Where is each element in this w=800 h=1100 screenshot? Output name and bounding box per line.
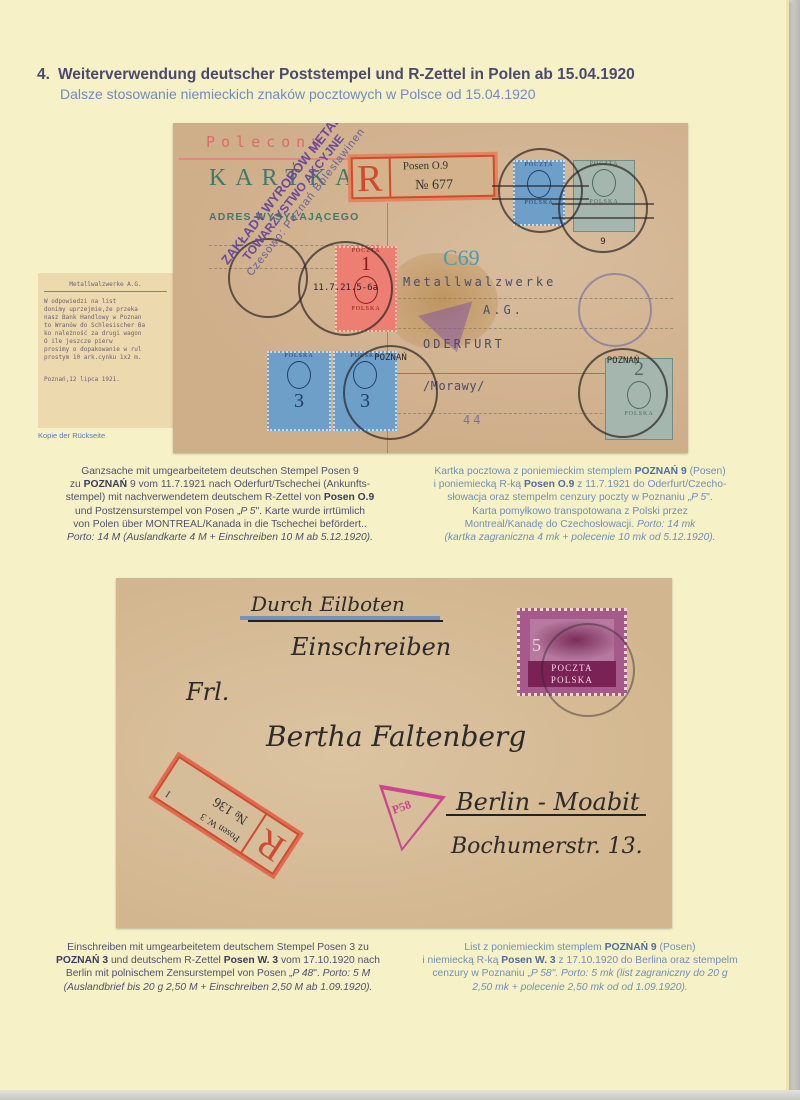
postage-stamp: POLSKA 3 xyxy=(267,351,331,431)
caption-italic: P 5 xyxy=(240,506,255,517)
registration-extra: I xyxy=(164,788,173,799)
cancel-town: POZNAŃ xyxy=(580,356,666,366)
caption-bold: POZNAŃ 3 xyxy=(56,955,108,966)
postcard-backside-copy: Metallwalzwerke A.G. W odpowiedzi na lis… xyxy=(38,273,173,428)
caption-text: und Postzensurstempel von Posen „ xyxy=(75,506,240,517)
caption-postcard-pl: Kartka pocztowa z poniemieckim stemplem … xyxy=(412,465,748,544)
caption-porto: (kartka zagraniczna 4 mk + polecenie 10 … xyxy=(444,532,715,543)
caption-bold: Posen O.9 xyxy=(324,492,374,503)
caption-text: von Polen über MONTREAL/Kanada in die Ts… xyxy=(73,519,366,530)
stamp-value: 5 xyxy=(532,635,541,656)
backside-line: prosimy o dopakowanie w rul xyxy=(44,346,167,354)
caption-text: ". Karte wurde irrtümlich xyxy=(255,506,365,517)
address-line: ODERFURT xyxy=(423,337,505,351)
caption-text: Berlin mit polnischem Zensurstempel von … xyxy=(66,968,293,979)
registration-office: Posen O.9 xyxy=(403,160,448,173)
caption-italic: P 48 xyxy=(292,968,313,979)
backside-line: ko należność za drugi wagon xyxy=(44,330,167,338)
caption-text: z 17.10.1920 do Berlina oraz stempelm xyxy=(556,955,738,966)
postmark-cancel: POZNAŃ xyxy=(343,345,438,440)
backside-line: W odpowiedzi na list xyxy=(44,298,167,306)
eagle-icon xyxy=(287,361,311,389)
postmark-cancel: 11.7.21.5-6a xyxy=(298,241,393,336)
caption-text: List z poniemieckim stemplem xyxy=(464,942,604,953)
section-number: 4. xyxy=(37,66,50,83)
album-page: 4.Weiterverwendung deutscher Poststempel… xyxy=(0,0,789,1093)
salutation-handwriting: Frl. xyxy=(186,678,229,706)
caption-text: i niemiecką R-ką xyxy=(422,955,501,966)
black-strikethrough xyxy=(248,620,443,622)
caption-porto: Porto: 14 mk xyxy=(637,519,695,530)
postcard: Polecony KARTKA ADRES WYSYŁAJĄCEGO C69 M… xyxy=(173,123,688,453)
album-bottom-edge xyxy=(0,1090,800,1100)
recipient-name: Bertha Faltenberg xyxy=(266,720,526,753)
blue-pencil-mark: C69 xyxy=(443,245,480,271)
caption-porto: Porto: 5 M xyxy=(323,968,371,979)
postmark-cancel xyxy=(541,623,635,717)
caption-text: Ganzsache mit umgearbeitetem deutschen S… xyxy=(81,466,359,477)
struck-handwriting: Durch Eilboten xyxy=(251,592,405,616)
caption-text: słowacja oraz stempelm cenzury poczty w … xyxy=(447,492,691,503)
caption-text: Montreal/Kanadę do Czechosłowacji. xyxy=(465,519,637,530)
label-divider xyxy=(389,159,392,197)
backside-caption: Kopie der Rückseite xyxy=(38,431,105,440)
backside-line: donimy uprzejmie,że przeka xyxy=(44,306,167,314)
caption-porto: Porto: 14 M (Auslandkarte 4 M + Einschre… xyxy=(67,532,373,543)
backside-line: prostym 10 ark.cynku 1x2 m. xyxy=(44,354,167,362)
caption-text: und deutschem R-Zettel xyxy=(108,955,224,966)
caption-text: z 11.7.1921 do Oderfurt/Czecho- xyxy=(574,479,726,490)
caption-text: Karta pomyłkowo transpotowana z Polski p… xyxy=(472,506,688,517)
postmark-cancel: 9 xyxy=(558,163,648,253)
backside-line: O ile jeszcze pierw xyxy=(44,338,167,346)
backside-line: nasz Bank Handlowy w Poznan xyxy=(44,314,167,322)
backside-line: to Wranów do Schlesischer Ba xyxy=(44,322,167,330)
registration-label: R Posen O.9 № 677 xyxy=(348,152,499,203)
backside-place-date: Poznań,12 lipca 1921. xyxy=(44,376,167,384)
address-line: Metallwalzwerke xyxy=(403,275,556,289)
postmark-cancel: POZNAŃ xyxy=(578,348,668,438)
caption-text: (Posen) xyxy=(687,466,726,477)
section-heading: 4.Weiterverwendung deutscher Poststempel… xyxy=(37,66,635,102)
caption-envelope-pl: List z poniemieckim stemplem POZNAŃ 9 (P… xyxy=(410,941,750,994)
caption-text: ". xyxy=(706,492,713,503)
caption-text: cenzury w Poznaniu „ xyxy=(432,968,530,979)
caption-bold: POZNAŃ 9 xyxy=(635,466,687,477)
caption-italic: P 5 xyxy=(691,492,706,503)
caption-text: i poniemiecką R-ką xyxy=(434,479,524,490)
city-underline xyxy=(446,814,646,816)
caption-text: vom 17.10.1920 nach xyxy=(278,955,380,966)
caption-porto: (Auslandbrief bis 20 g 2,50 M + Einschre… xyxy=(64,982,373,993)
cancel-date: 11.7.21.5-6a xyxy=(300,283,391,293)
stamp-text: POLSKA xyxy=(269,353,329,359)
stamp-value: 3 xyxy=(269,391,329,411)
section-title-de: Weiterverwendung deutscher Poststempel u… xyxy=(58,66,635,83)
caption-porto: 2,50 mk + polecenie 2,50 mk od od 1.09.1… xyxy=(472,982,688,993)
caption-bold: Posen W. 3 xyxy=(501,955,555,966)
caption-italic: P 58 xyxy=(531,968,552,979)
registration-letter: R xyxy=(357,159,383,199)
caption-bold: Posen W. 3 xyxy=(224,955,278,966)
address-line: 44 xyxy=(463,413,483,427)
caption-bold: Posen O.9 xyxy=(524,479,574,490)
cancel-number: 9 xyxy=(560,237,646,247)
montreal-transit-cancel xyxy=(578,273,652,347)
caption-text: stempel) mit nachverwendetem deutschem R… xyxy=(66,492,324,503)
registration-label: R Posen W. 3 № 136 I xyxy=(148,752,304,880)
caption-postcard-de: Ganzsache mit umgearbeitetem deutschen S… xyxy=(52,465,388,544)
caption-text: (Posen) xyxy=(657,942,696,953)
caption-text: Kartka pocztowa z poniemieckim stemplem xyxy=(434,466,634,477)
caption-envelope-de: Einschreiben mit umgearbeitetem deutsche… xyxy=(48,941,388,994)
caption-bold: POZNAŃ xyxy=(84,479,127,490)
caption-text: 9 vom 11.7.1921 nach Oderfurt/Tschechei … xyxy=(127,479,370,490)
caption-text: zu xyxy=(70,479,84,490)
album-edge xyxy=(788,0,800,1100)
cancel-town: POZNAŃ xyxy=(345,353,436,363)
caption-text: Einschreiben mit umgearbeitetem deutsche… xyxy=(67,942,369,953)
address-line: A.G. xyxy=(483,303,524,317)
recipient-city: Berlin - Moabit xyxy=(456,788,640,816)
backside-title: Metallwalzwerke A.G. xyxy=(44,281,167,292)
caption-text: ". xyxy=(313,968,322,979)
registration-number: № 677 xyxy=(415,177,453,194)
envelope: Durch Eilboten Einschreiben Frl. Bertha … xyxy=(116,578,672,928)
caption-bold: POZNAŃ 9 xyxy=(605,942,657,953)
registered-handwriting: Einschreiben xyxy=(291,633,451,661)
caption-porto: ". Porto: 5 mk (list zagraniczny do 20 g xyxy=(552,968,728,979)
section-title-pl: Dalsze stosowanie niemieckich znaków poc… xyxy=(60,86,635,102)
recipient-street: Bochumerstr. 13. xyxy=(451,834,643,859)
